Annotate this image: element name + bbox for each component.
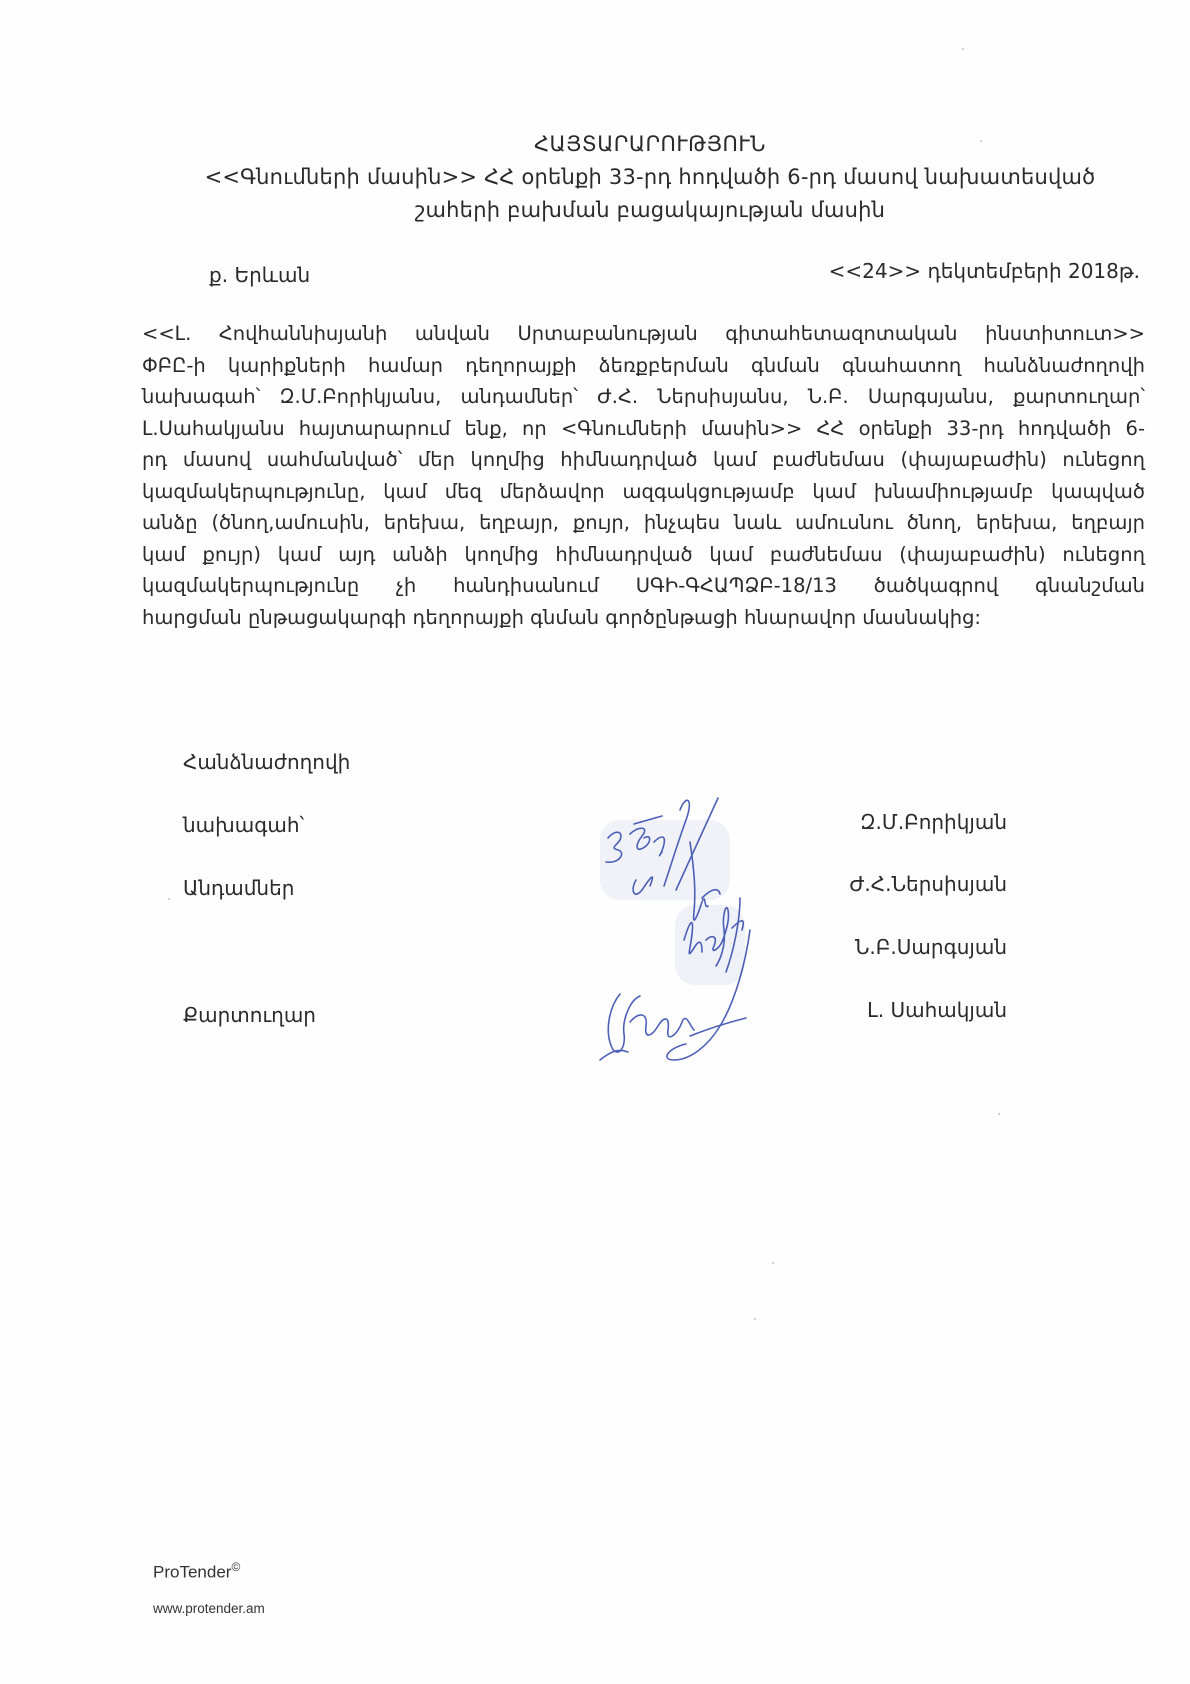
declaration-body: <<Լ. Հովհաննիսյանի անվան Սրտաբանության գ… (142, 318, 1145, 633)
handwritten-signatures-image (590, 790, 790, 1080)
scan-speck (772, 1262, 774, 1264)
scan-speck (168, 898, 170, 900)
body-line: <<Լ. Հովհաննիսյանի անվան Սրտաբանության գ… (142, 318, 1145, 350)
footer-brand-name: ProTender (153, 1563, 231, 1582)
label-members: Անդամներ (183, 876, 294, 900)
body-line: Լ.Սահակյանս հայտարարում ենք, որ <Գնումնե… (142, 413, 1145, 445)
document-title: ՀԱՅՏԱՐԱՐՈՒԹՅՈՒՆ (150, 128, 1150, 161)
signatory-name-member-1: Ժ.Հ.Ներսիսյան (849, 872, 1007, 896)
signatory-name-member-2: Ն.Բ.Սարգսյան (855, 935, 1007, 959)
body-line: ՓԲԸ-ի կարիքների համար դեղորայքի ձեռքբերմ… (142, 350, 1145, 382)
body-line: նախագահ՝ Զ.Մ.Բորիկյանս, անդամներ՝ Ժ.Հ. Ն… (142, 381, 1145, 413)
label-chairman: նախագահ՝ (183, 813, 304, 837)
copyright-icon: © (231, 1560, 240, 1574)
scan-speck (980, 140, 982, 142)
label-secretary: Քարտուղար (183, 1003, 316, 1027)
document-city: ք. Երևան (209, 263, 310, 287)
body-line: կազմակերպությունը չի հանդիսանում ՍԳԻ-ԳՀԱ… (142, 570, 1145, 602)
document-page: ՀԱՅՏԱՐԱՐՈՒԹՅՈՒՆ <<Գնումների մասին>> ՀՀ օ… (0, 0, 1190, 1684)
footer-brand: ProTender© (153, 1560, 240, 1583)
signatory-name-chairman: Զ.Մ.Բորիկյան (860, 810, 1007, 834)
body-line: րդ մասով սահմանված՝ մեր կողմից հիմնադրվա… (142, 444, 1145, 476)
document-subtitle-line-2: շահերի բախման բացակայության մասին (150, 194, 1150, 227)
document-header: ՀԱՅՏԱՐԱՐՈՒԹՅՈՒՆ <<Գնումների մասին>> ՀՀ օ… (150, 128, 1150, 227)
scan-speck (998, 1113, 1000, 1115)
document-subtitle-line-1: <<Գնումների մասին>> ՀՀ օրենքի 33-րդ հոդվ… (150, 161, 1150, 194)
scan-speck (962, 48, 964, 50)
footer-url: www.protender.am (153, 1601, 265, 1616)
signatory-name-secretary: Լ. Սահակյան (867, 998, 1007, 1022)
body-line: կամ քույր) կամ այդ անձի կողմից հիմնադրվա… (142, 539, 1145, 571)
document-date: <<24>> դեկտեմբերի 2018թ. (829, 259, 1140, 283)
body-line: հարցման ընթացակարգի դեղորայքի գնման գործ… (142, 602, 1145, 634)
label-committee: Հանձնաժողովի (183, 750, 350, 774)
body-line: անձը (ծնող,ամուսին, երեխա, եղբայր, քույր… (142, 507, 1145, 539)
scan-speck (754, 1318, 756, 1320)
body-line: կազմակերպությունը, կամ մեզ մերձավոր ազգա… (142, 476, 1145, 508)
